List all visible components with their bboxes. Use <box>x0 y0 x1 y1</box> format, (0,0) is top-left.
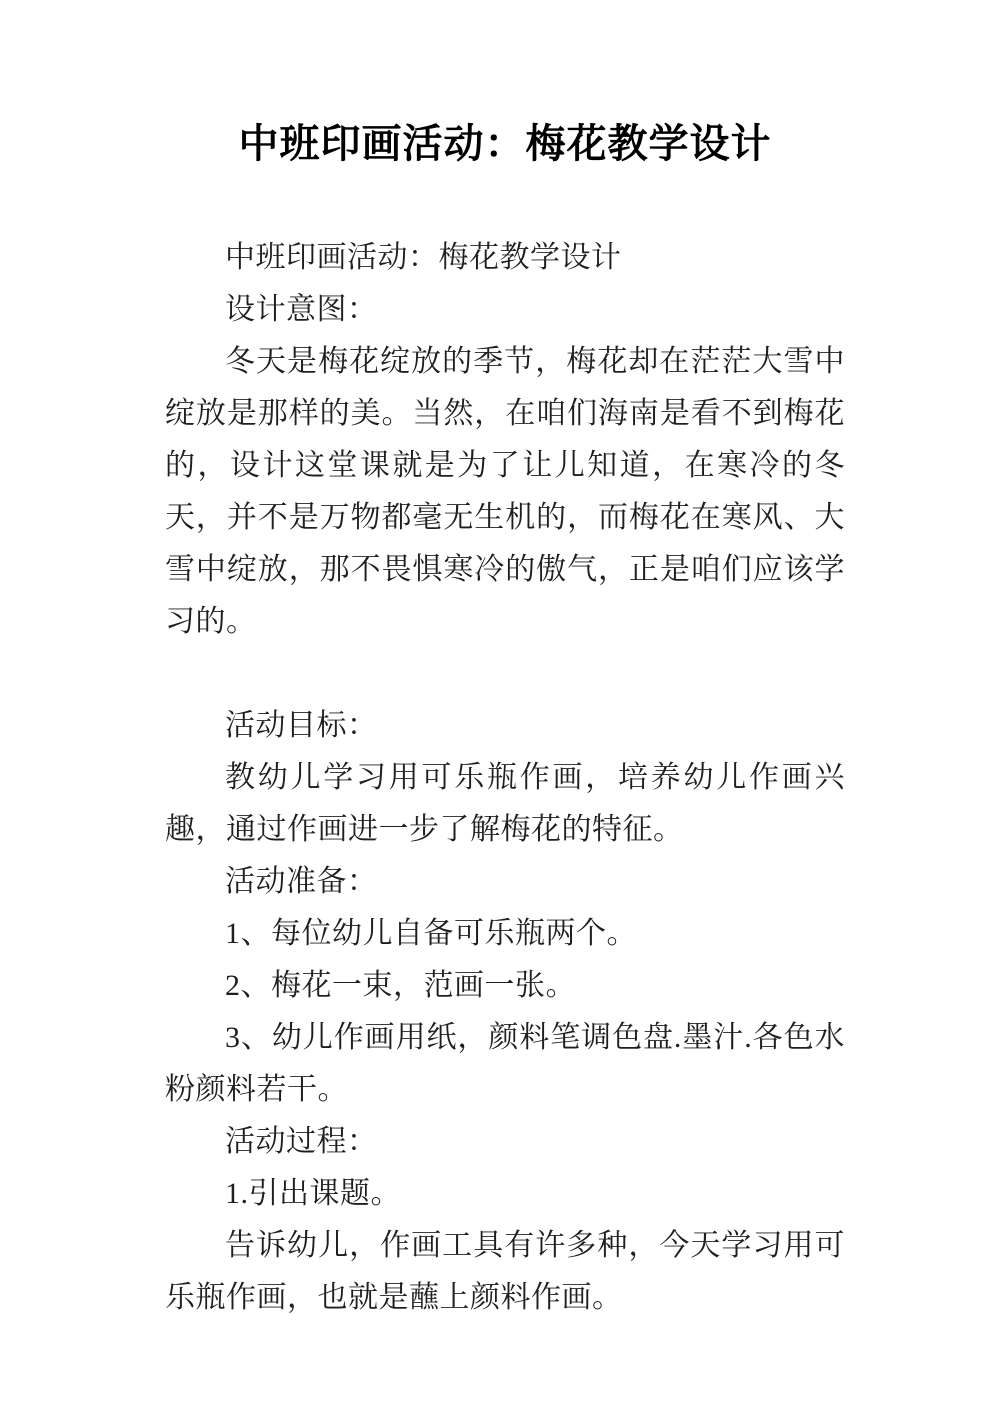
paragraph-design-intent-body: 冬天是梅花绽放的季节，梅花却在茫茫大雪中绽放是那样的美。当然，在咱们海南是看不到… <box>165 336 845 648</box>
paragraph-process-step-1: 1.引出课题。 <box>165 1168 845 1220</box>
paragraph-process-step-1-body: 告诉幼儿，作画工具有许多种，今天学习用可乐瓶作画，也就是蘸上颜料作画。 <box>165 1220 845 1324</box>
paragraph-section-activity-process: 活动过程： <box>165 1116 845 1168</box>
document-body: 中班印画活动：梅花教学设计 设计意图： 冬天是梅花绽放的季节，梅花却在茫茫大雪中… <box>165 232 845 1324</box>
paragraph-prep-item-1: 1、每位幼儿自备可乐瓶两个。 <box>165 908 845 960</box>
paragraph-prep-item-3: 3、幼儿作画用纸，颜料笔调色盘.墨汁.各色水粉颜料若干。 <box>165 1012 845 1116</box>
document-page: 中班印画活动：梅花教学设计 中班印画活动：梅花教学设计 设计意图： 冬天是梅花绽… <box>0 0 993 1404</box>
paragraph-section-design-intent: 设计意图： <box>165 284 845 336</box>
paragraph-section-activity-goal: 活动目标： <box>165 700 845 752</box>
paragraph-prep-item-2: 2、梅花一束，范画一张。 <box>165 960 845 1012</box>
document-title: 中班印画活动：梅花教学设计 <box>165 120 845 168</box>
paragraph-section-activity-prep: 活动准备： <box>165 856 845 908</box>
paragraph-heading-repeat-title: 中班印画活动：梅花教学设计 <box>165 232 845 284</box>
paragraph-activity-goal-body: 教幼儿学习用可乐瓶作画，培养幼儿作画兴趣，通过作画进一步了解梅花的特征。 <box>165 752 845 856</box>
